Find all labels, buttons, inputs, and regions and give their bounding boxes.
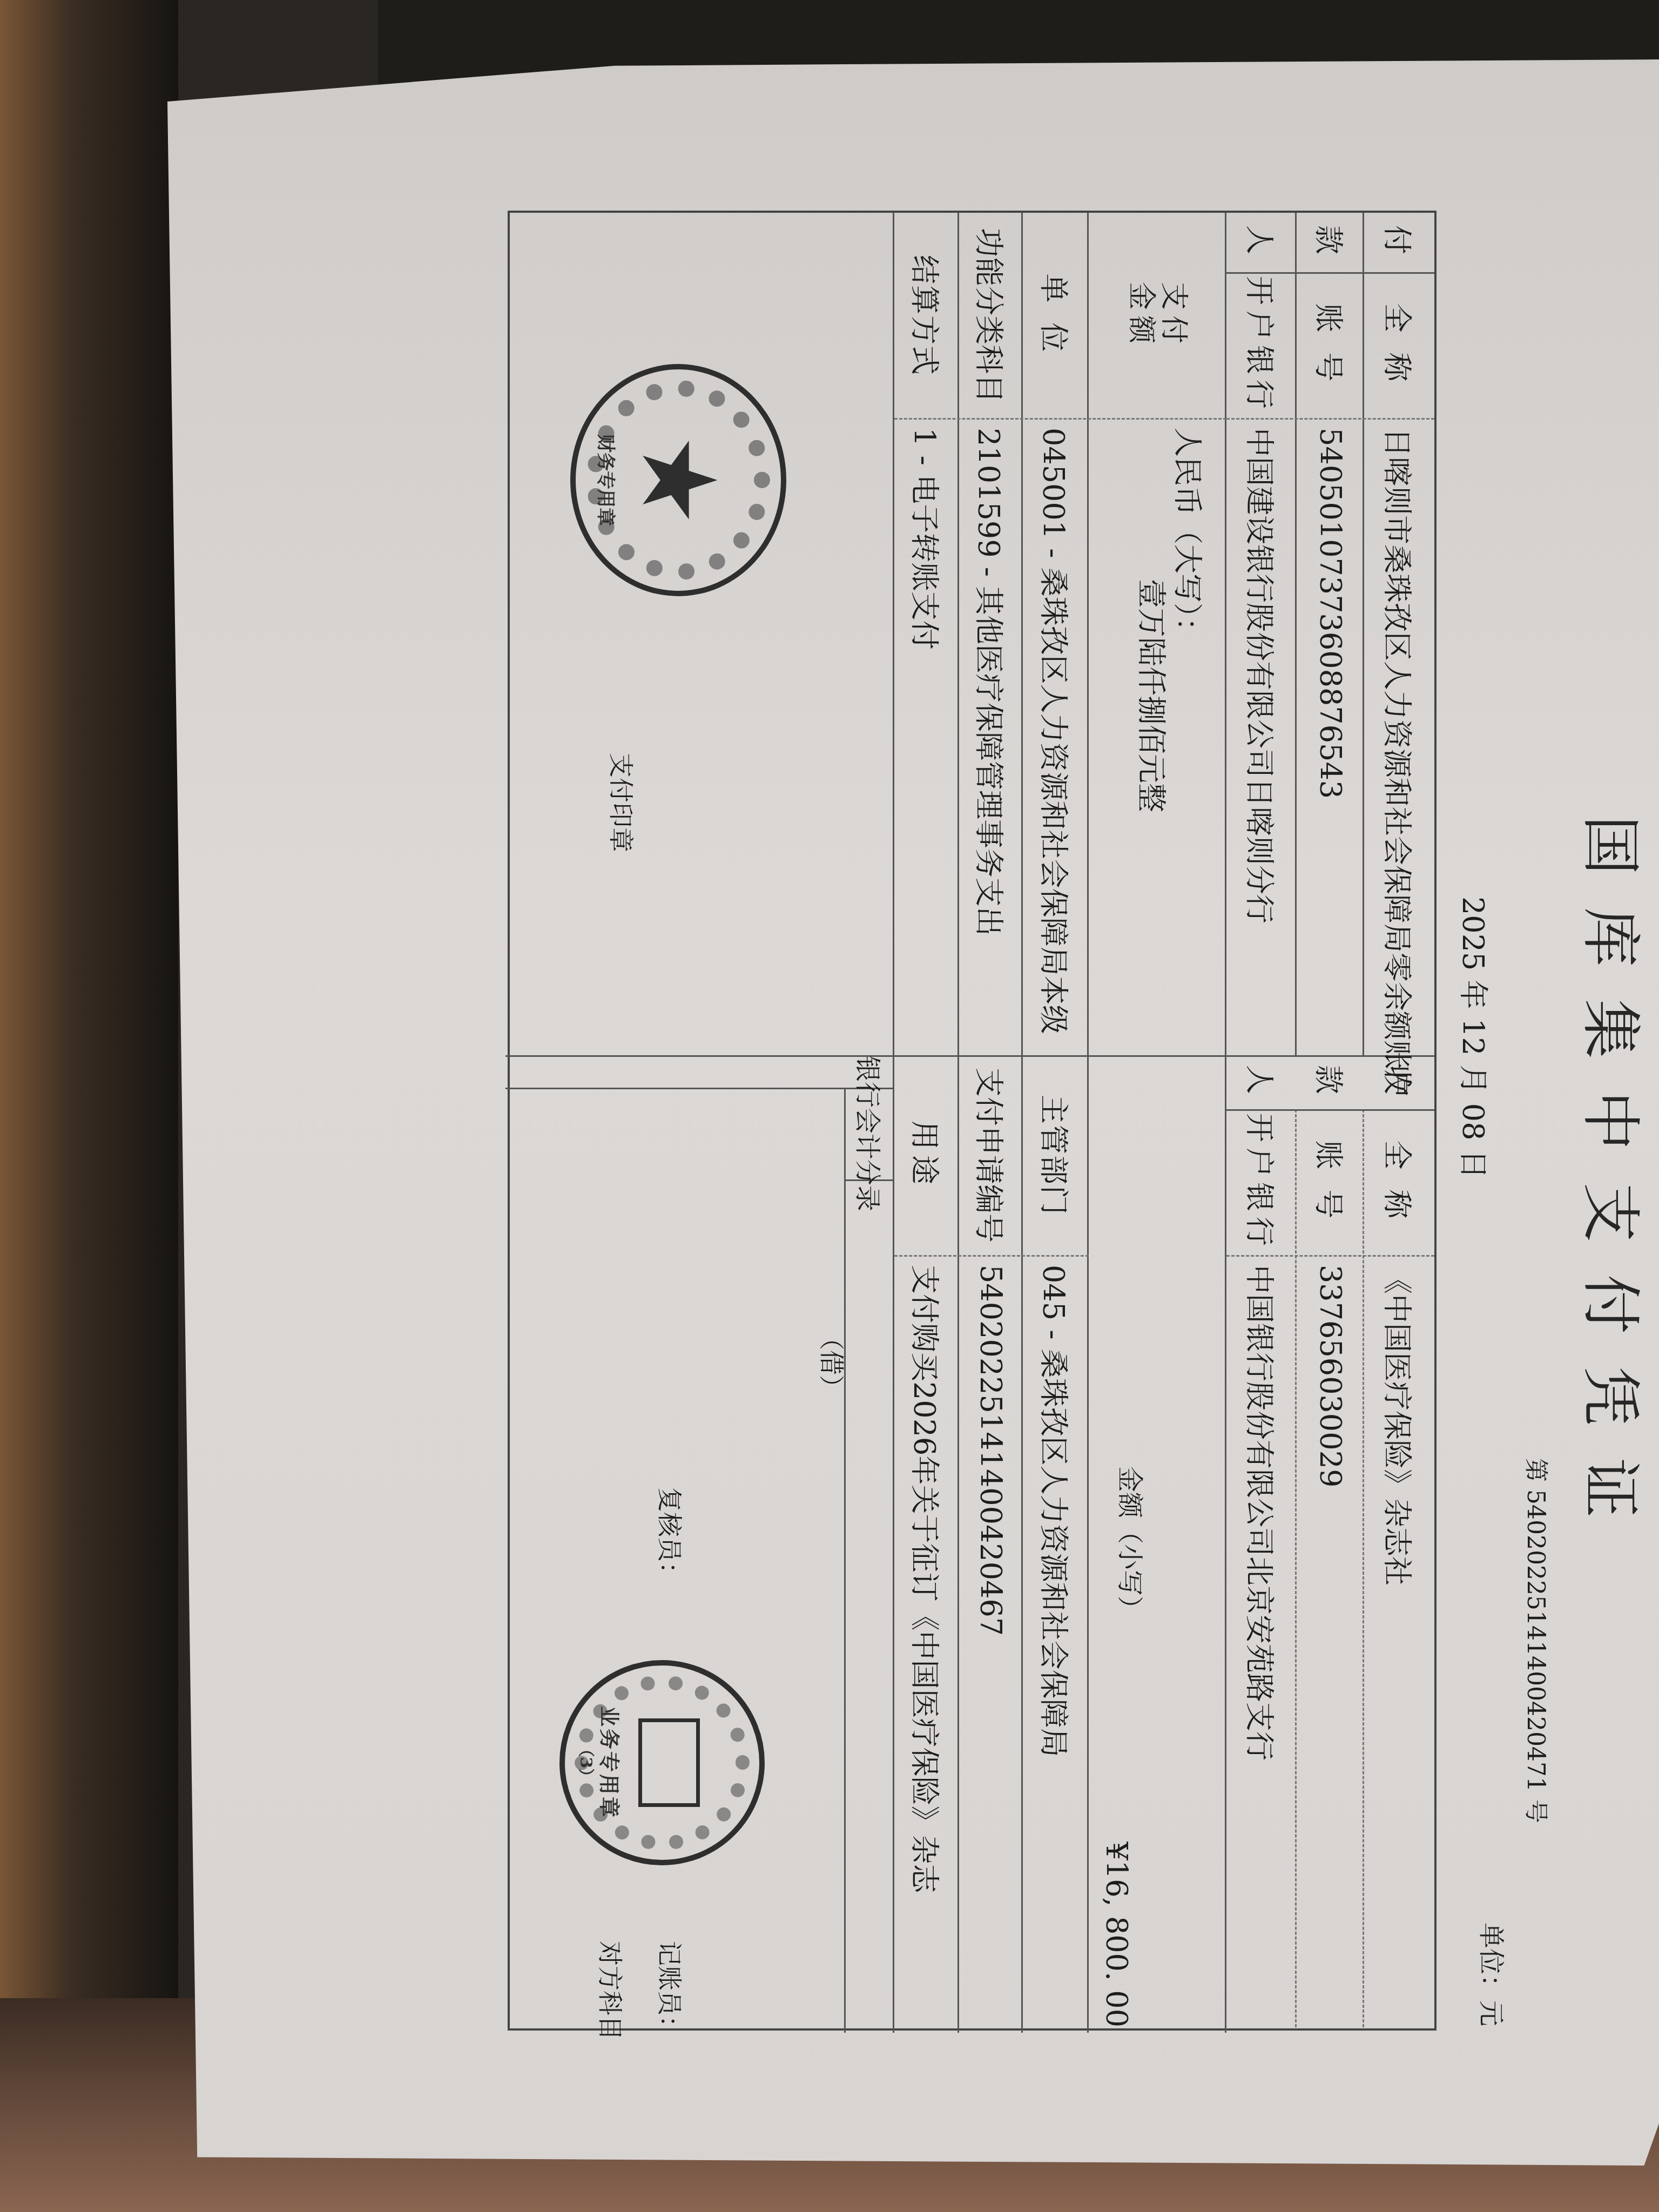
- seal-blank-box: [638, 1718, 700, 1807]
- purpose-label: 用途: [894, 1055, 959, 1255]
- settlement-method-label: 结算方式: [894, 213, 959, 418]
- unit-field-value: 045001 - 桑珠孜区人力资源和社会保障局本级: [1023, 418, 1089, 1055]
- date-day-unit: 日: [1456, 1150, 1490, 1179]
- function-category-label: 功能分类科目: [959, 213, 1023, 418]
- payer-group-label-2: 款: [1297, 213, 1364, 272]
- amount-words-cell: 人民币（大写）： 壹万陆仟捌佰元整: [1089, 418, 1226, 1055]
- supervisor-label: 主管部门: [1023, 1055, 1089, 1255]
- payee-bank-label: 开户银行: [1226, 1109, 1297, 1255]
- bookkeeper-label: 记账员：: [653, 1941, 689, 2040]
- debit-label: （借）: [815, 1325, 851, 1400]
- payment-voucher: 国库集中支付凭证 第 54020225141400420471 号 单位：元 2…: [470, 194, 1659, 2095]
- bank-seal-number: （3）: [576, 1741, 599, 1785]
- payee-account-label: 账 号: [1297, 1109, 1364, 1255]
- counter-account-label: 对方科目: [594, 1941, 630, 2040]
- rule: [844, 1088, 846, 2033]
- application-number-value: 54020225141400420467: [959, 1255, 1023, 2033]
- voucher-number-suffix: 号: [1522, 1799, 1549, 1823]
- voucher-number-value: 54020225141400420471: [1522, 1489, 1549, 1792]
- function-category-value: 2101599 - 其他医疗保障管理事务支出: [959, 418, 1023, 1055]
- voucher-number: 第 54020225141400420471 号: [1521, 1458, 1555, 1823]
- date-day: 08: [1456, 1103, 1490, 1141]
- date-month: 12: [1456, 1019, 1490, 1056]
- payee-account: 3376560300​29: [1297, 1255, 1364, 2033]
- payee-group-label-3: 人: [1226, 1055, 1297, 1109]
- payer-name: 日喀则市桑珠孜区人力资源和社会保障局零余额账户: [1364, 418, 1434, 1055]
- payee-bank: 中国银行股份有限公司北京安苑路支行: [1226, 1255, 1297, 2033]
- currency-label: 人民币（大写）：: [1169, 428, 1210, 646]
- payer-name-label: 全 称: [1364, 272, 1434, 418]
- payer-group-label-1: 付: [1364, 213, 1434, 272]
- application-number-label: 支付申请编号: [959, 1055, 1023, 1255]
- bank-entry-label: 银行会计分录: [852, 1056, 889, 1211]
- background-left: [0, 0, 178, 2212]
- payer-account: 540501073736088765​43: [1297, 418, 1364, 1055]
- settlement-method-value: 1 - 电子转账支付: [894, 418, 959, 1055]
- voucher-date: 2025 年 12 月 08 日: [1454, 896, 1496, 1179]
- supervisor-value: 045 - 桑珠孜区人力资源和社会保障局: [1023, 1255, 1089, 2033]
- date-year: 2025: [1456, 896, 1490, 970]
- amount-label: 支付金额: [1089, 213, 1226, 418]
- voucher-title: 国库集中支付凭证: [1573, 815, 1658, 1550]
- payee-group-label-2: 款: [1297, 1055, 1364, 1109]
- payee-name: 《中国医疗保险》杂志社: [1364, 1255, 1434, 2033]
- unit-field-label: 单 位: [1023, 213, 1089, 418]
- unit-label: 单位：元: [1475, 1923, 1512, 2026]
- payer-bank: 中国建设银行股份有限公司日喀则分行: [1226, 418, 1297, 1055]
- rule: [505, 1088, 894, 1089]
- payee-group-label-1: 收: [1364, 1055, 1434, 1109]
- amount-in-words: 壹万陆仟捌佰元整: [1132, 428, 1174, 812]
- voucher-number-prefix: 第: [1522, 1458, 1549, 1482]
- purpose-value: 支付购买2026年关于征订《中国医疗保险》杂志: [894, 1255, 959, 2033]
- bank-entry-label-cell: 银行会计分录: [846, 1088, 894, 1179]
- date-year-unit: 年: [1456, 980, 1490, 1009]
- payment-seal-label: 支付印章: [605, 753, 640, 852]
- finance-seal-text: 财务专用章: [594, 434, 621, 526]
- date-month-unit: 月: [1456, 1065, 1490, 1094]
- payer-account-label: 账 号: [1297, 272, 1364, 418]
- amount-in-figures: ¥16, 800. 00: [1089, 1055, 1226, 2027]
- reviewer-label: 复核员：: [653, 1487, 689, 1587]
- finance-seal-stamp: ★ 财务专用章: [570, 364, 786, 596]
- payee-name-label: 全 称: [1364, 1109, 1434, 1255]
- payer-bank-label: 开户银行: [1226, 272, 1297, 418]
- voucher-table: 付 款 人 全 称 日喀则市桑珠孜区人力资源和社会保障局零余额账户 账 号 54…: [508, 211, 1437, 2031]
- bank-business-seal-stamp: 业务专用章 （3）: [559, 1660, 765, 1865]
- bank-seal-text: 业务专用章: [596, 1706, 626, 1819]
- payer-group-label-3: 人: [1226, 213, 1297, 272]
